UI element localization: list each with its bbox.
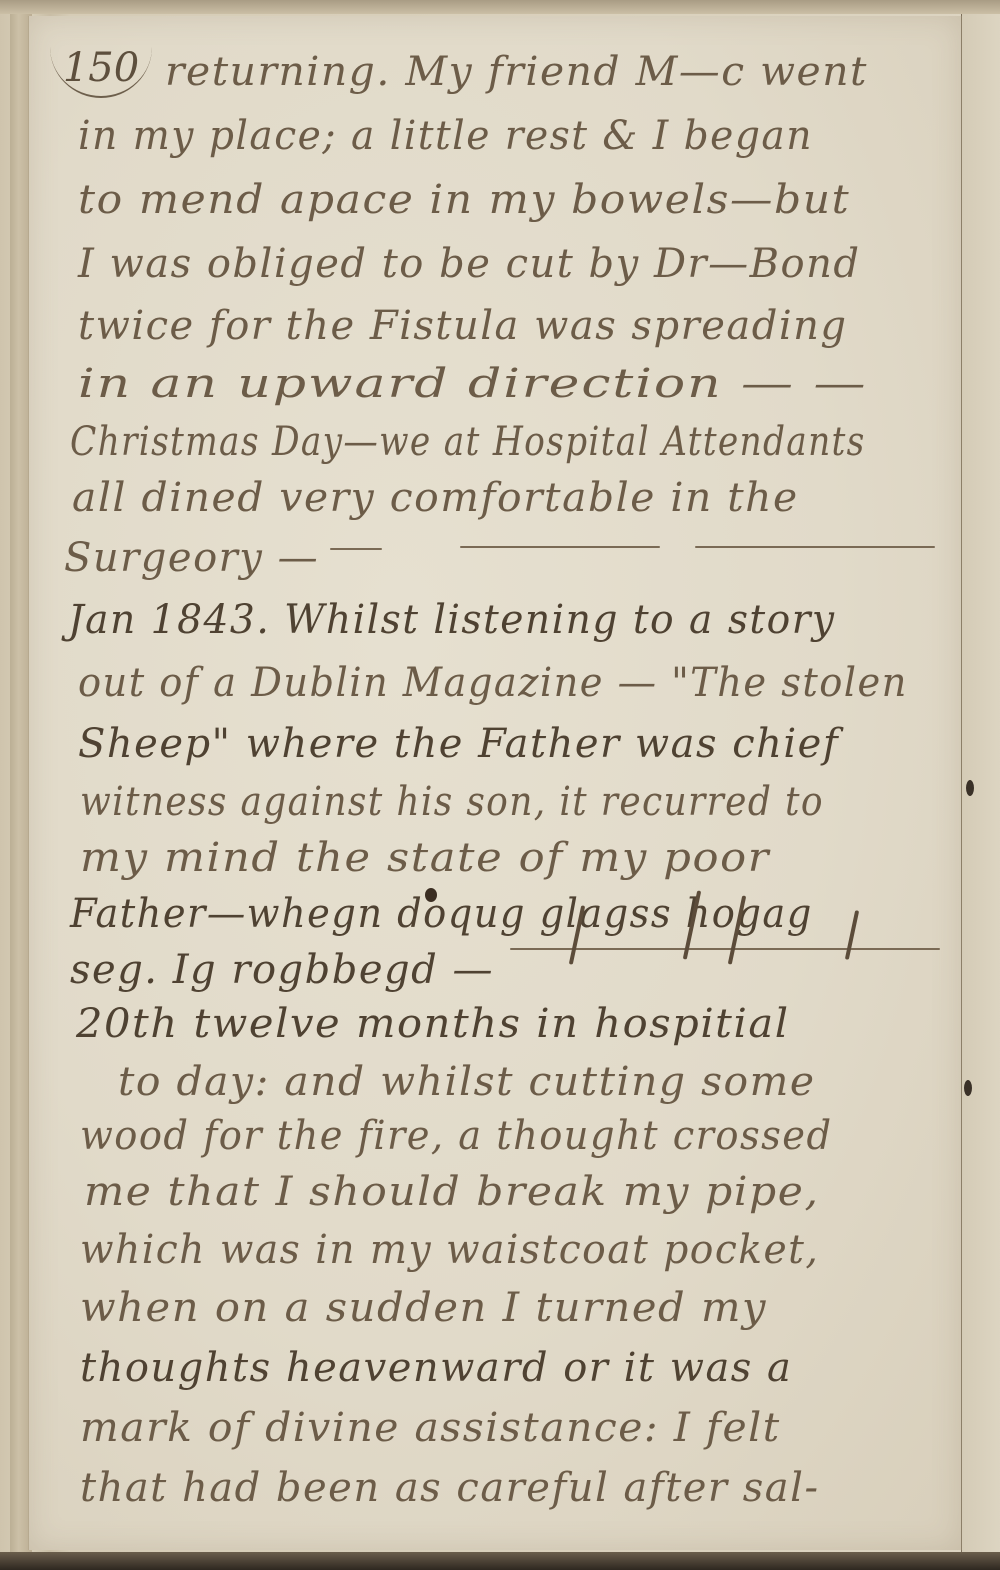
- manuscript-line-24: mark of divine assistance: I felt: [80, 1400, 781, 1456]
- manuscript-line-21: which was in my waistcoat pocket,: [80, 1222, 819, 1278]
- underline-stroke: [460, 546, 660, 548]
- manuscript-line-10: Jan 1843. Whilst listening to a story: [68, 592, 836, 648]
- manuscript-line-19: wood for the fire, a thought crossed: [80, 1108, 832, 1164]
- manuscript-line-23: thoughts heavenward or it was a: [80, 1340, 792, 1396]
- manuscript-line-14: my mind the state of my poor: [80, 830, 770, 886]
- manuscript-line-13: witness against his son, it recurred to: [80, 774, 824, 830]
- manuscript-line-25: that had been as careful after sal-: [80, 1460, 819, 1516]
- manuscript-line-9: Surgeory —: [64, 530, 319, 586]
- manuscript-line-1: returning. My friend M—c went: [165, 44, 868, 100]
- manuscript-line-7: Christmas Day—we at Hospital Attendants: [70, 414, 866, 470]
- manuscript-line-22: when on a sudden I turned my: [80, 1280, 767, 1336]
- binding-hole: [966, 780, 974, 796]
- manuscript-line-17: 20th twelve months in hospitial: [76, 996, 790, 1052]
- book-bottom-edge: [0, 1552, 1000, 1570]
- manuscript-line-20: me that I should break my pipe,: [84, 1164, 820, 1220]
- manuscript-line-18: to day: and whilst cutting some: [118, 1054, 816, 1110]
- manuscript-line-2: in my place; a little rest & I began: [78, 108, 813, 164]
- manuscript-line-4: I was obliged to be cut by Dr—Bond: [78, 236, 860, 292]
- ink-blot: [425, 888, 437, 902]
- underline-stroke: [330, 548, 382, 550]
- book-top-edge: [0, 0, 1000, 14]
- manuscript-line-15: Father—whegn doqug glagss hogag: [70, 886, 813, 942]
- manuscript-line-5: twice for the Fistula was spreading: [78, 298, 847, 354]
- manuscript-line-3: to mend apace in my bowels—but: [78, 172, 850, 228]
- underline-stroke: [695, 546, 935, 548]
- manuscript-line-16: seg. Ig rogbbegd —: [70, 942, 494, 998]
- page-number: 150: [50, 40, 152, 98]
- manuscript-line-11: out of a Dublin Magazine — "The stolen: [78, 655, 908, 711]
- manuscript-line-12: Sheep" where the Father was chief: [78, 716, 839, 772]
- manuscript-line-8: all dined very comfortable in the: [72, 470, 799, 526]
- binding-hole: [964, 1080, 972, 1096]
- manuscript-line-6: in an upward direction — —: [78, 356, 867, 412]
